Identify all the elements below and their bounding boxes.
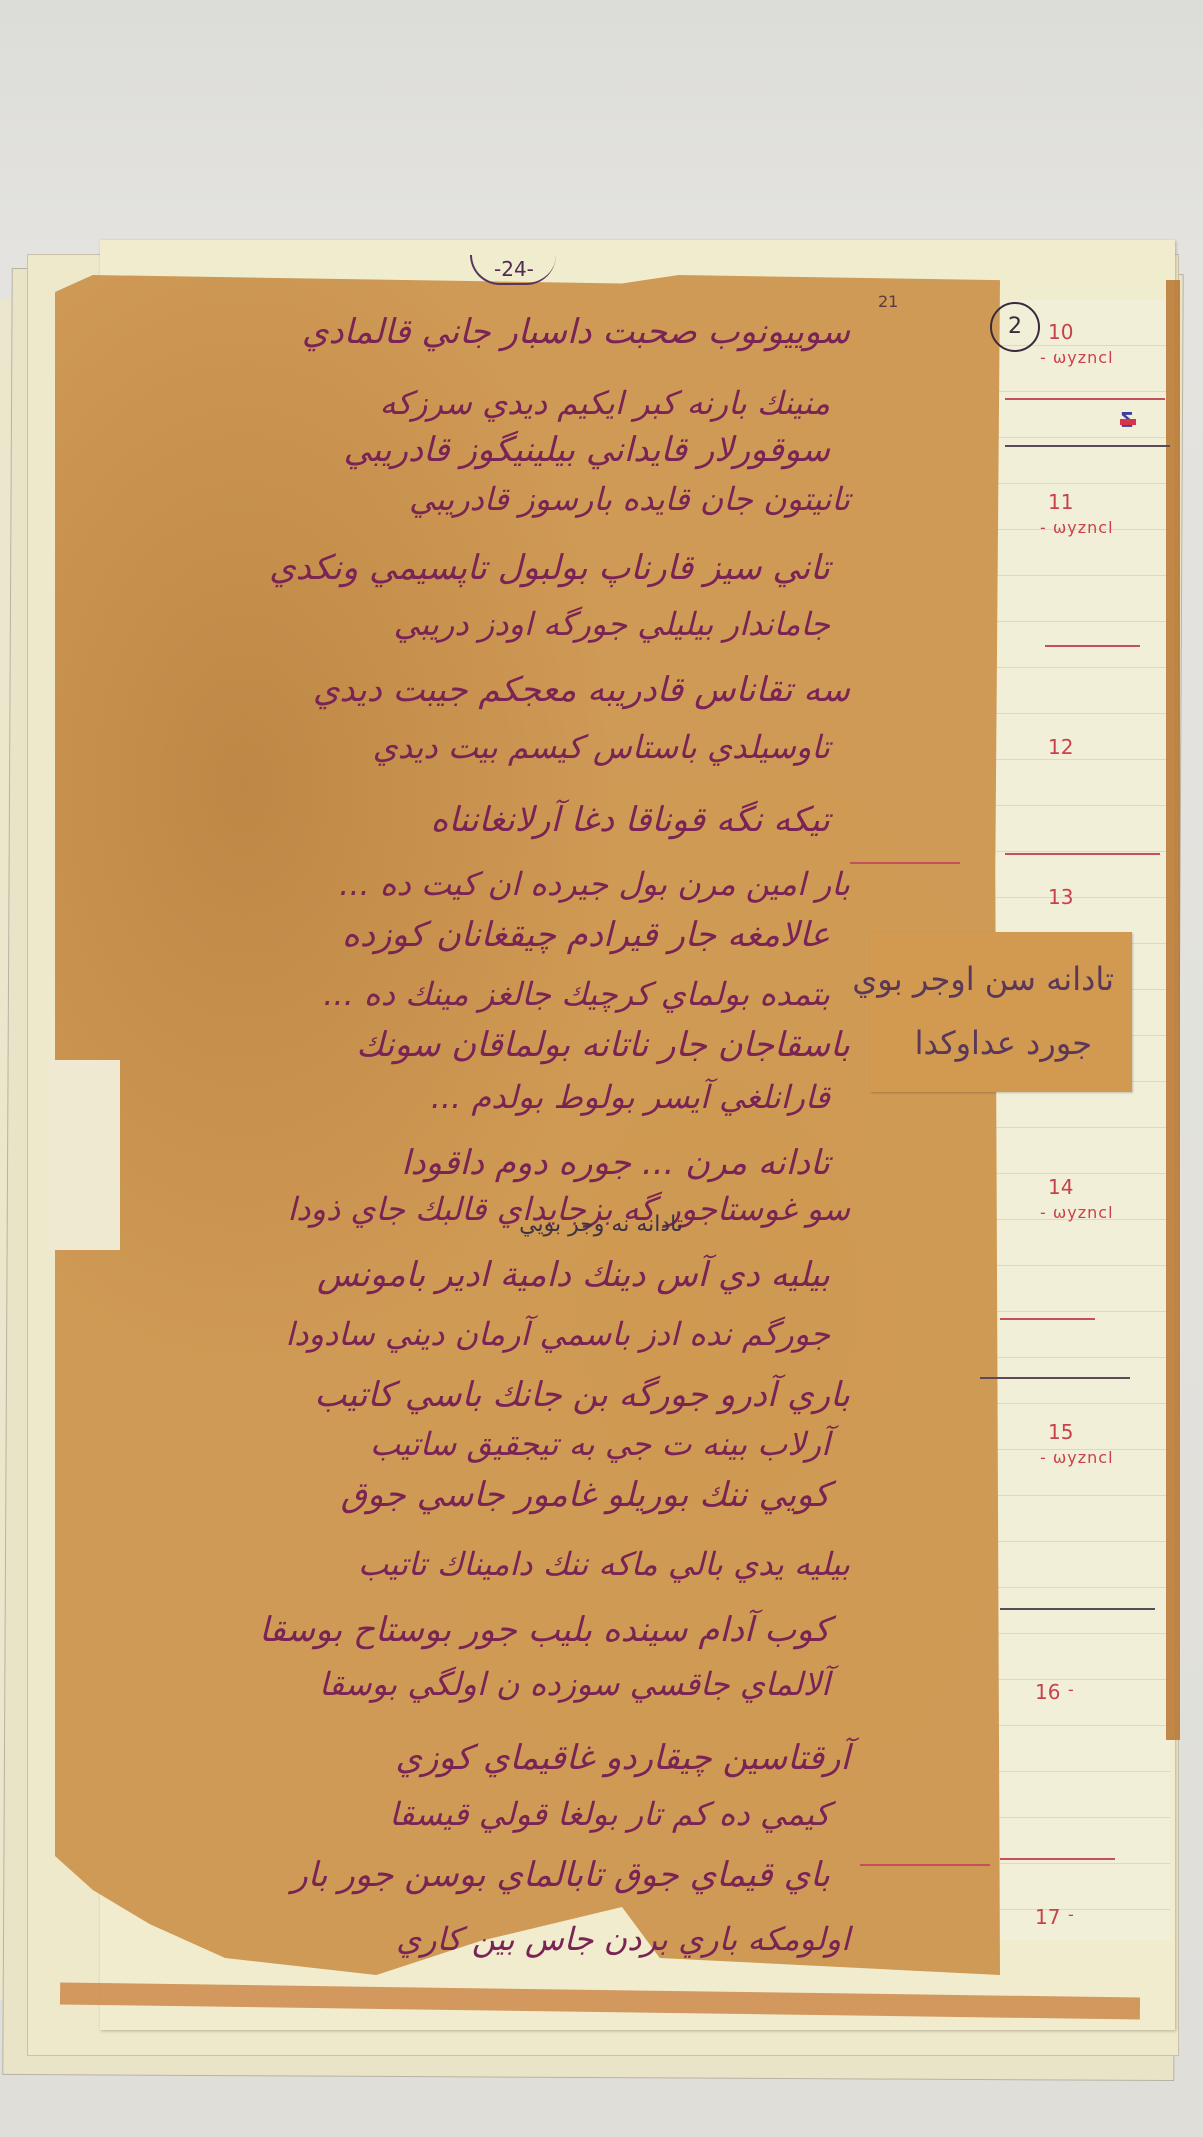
margin-rule xyxy=(850,862,960,864)
manuscript-sheet xyxy=(55,275,1000,1975)
margin-number: 17 xyxy=(1035,1905,1060,1929)
margin-number: 14 xyxy=(1048,1175,1073,1199)
margin-word: - xyxy=(1068,1680,1075,1699)
margin-rule xyxy=(980,1377,1130,1379)
margin-number: 12 xyxy=(1048,735,1073,759)
manuscript-line: آرقتاسين چيقاردو غاقيماي كوزي xyxy=(395,1738,850,1778)
brown-tape-strip xyxy=(1166,280,1180,1740)
manuscript-line: باري آدرو جورگه بن جانك باسي كاتيب xyxy=(314,1375,850,1415)
margin-word: - ωyzncl xyxy=(1040,1448,1114,1467)
margin-number: 15 xyxy=(1048,1420,1073,1444)
margin-lined-strip xyxy=(995,300,1170,1940)
manuscript-line: تانيتون جان قايده بارسوز قادريبي xyxy=(409,480,850,518)
pencil-note: تادانه نه وجر بويي xyxy=(519,1212,683,1237)
margin-word: - ωyzncl xyxy=(1040,348,1114,367)
manuscript-line: آلالماي جاقسي سوزده ن اولگي بوسقا xyxy=(319,1665,830,1703)
margin-number: 10 xyxy=(1048,320,1073,344)
top-corner-mark: 21 xyxy=(878,292,898,311)
inserted-slip: تادانه سن اوجر بوي جورد عداوكدا xyxy=(870,932,1132,1092)
manuscript-line: بار امين مرن بول جيرده ان كيت ده ... xyxy=(339,865,850,903)
slip-line: جورد عداوكدا xyxy=(915,1024,1092,1062)
manuscript-line: منينك بارنه كبر ايكيم ديدي سرزكه xyxy=(380,384,830,422)
margin-rule xyxy=(860,1864,990,1866)
manuscript-line: كيمي ده كم تار بولغا قولي قيسقا xyxy=(389,1795,830,1833)
slip-line: تادانه سن اوجر بوي xyxy=(852,960,1114,998)
manuscript-line: تاني سيز قارناپ بولبول تاپسيمي ونكدي xyxy=(269,548,830,588)
manuscript-line: سوييونوب صحبت داسبار جاني قالمادي xyxy=(302,312,850,352)
manuscript-line: تيكه نگه قوناقا دغا آرلانغانناه xyxy=(431,800,830,840)
manuscript-line: قارانلغي آيسر بولوط بولدم ... xyxy=(431,1078,830,1116)
manuscript-line: باسقاجان جار ناتانه بولماقان سونك xyxy=(356,1025,850,1065)
manuscript-line: اولومكه باري بردن جاس بين كاري xyxy=(396,1920,850,1958)
paper-patch xyxy=(48,1060,120,1250)
manuscript-line: بتمده بولماي كرچيك جالغز مينك ده ... xyxy=(323,975,830,1013)
margin-number: 13 xyxy=(1048,885,1073,909)
margin-word: - ωyzncl xyxy=(1040,1203,1114,1222)
margin-rule xyxy=(1000,1608,1155,1610)
manuscript-line: تادانه مرن ... جوره دوم داقودا xyxy=(401,1143,830,1183)
manuscript-line: كوب آدام سينده بليب جور بوستاح بوسقا xyxy=(259,1610,830,1650)
manuscript-line: سوقورلار قايداني بيلينيگوز قادريبي xyxy=(344,430,830,470)
manuscript-line: بيليه يدي بالي ماكه ننك داميناك تاتيب xyxy=(358,1545,850,1583)
manuscript-line: آرلاب بينه ت جي به تيجقيق ساتيب xyxy=(370,1425,830,1463)
margin-rule xyxy=(1000,1318,1095,1320)
manuscript-line: عالامغه جار قيرادم چيقغانان كوزده xyxy=(342,915,830,955)
manuscript-line: سه تقاناس قادريبه معجكم جيبت ديدي xyxy=(313,670,850,710)
margin-rule xyxy=(1005,398,1165,400)
margin-number: 16 xyxy=(1035,1680,1060,1704)
margin-word: - xyxy=(1068,1905,1075,1924)
manuscript-line: جاماندار بيليلي جورگه اودز دريبي xyxy=(394,605,830,643)
margin-rule xyxy=(1005,445,1170,447)
circled-marker: 2 xyxy=(990,302,1040,352)
margin-rule xyxy=(1000,1858,1115,1860)
margin-number: 11 xyxy=(1048,490,1073,514)
manuscript-line: بيليه دي آس دينك دامية ادير بامونس xyxy=(317,1255,830,1295)
margin-rule xyxy=(1045,645,1140,647)
manuscript-line: باي قيماي جوق تابالماي بوسن جور بار xyxy=(291,1855,830,1895)
margin-word: - ωyzncl xyxy=(1040,518,1114,537)
flag-mark-icon: Σ xyxy=(1120,408,1136,432)
margin-rule xyxy=(1005,853,1160,855)
manuscript-line: جورگم نده ادز باسمي آرمان ديني سادودا xyxy=(285,1315,830,1353)
manuscript-line: كويي ننك بوريلو غامور جاسي جوق xyxy=(341,1475,830,1515)
manuscript-line: تاوسيلدي باستاس كيسم بيت ديدي xyxy=(373,728,830,766)
